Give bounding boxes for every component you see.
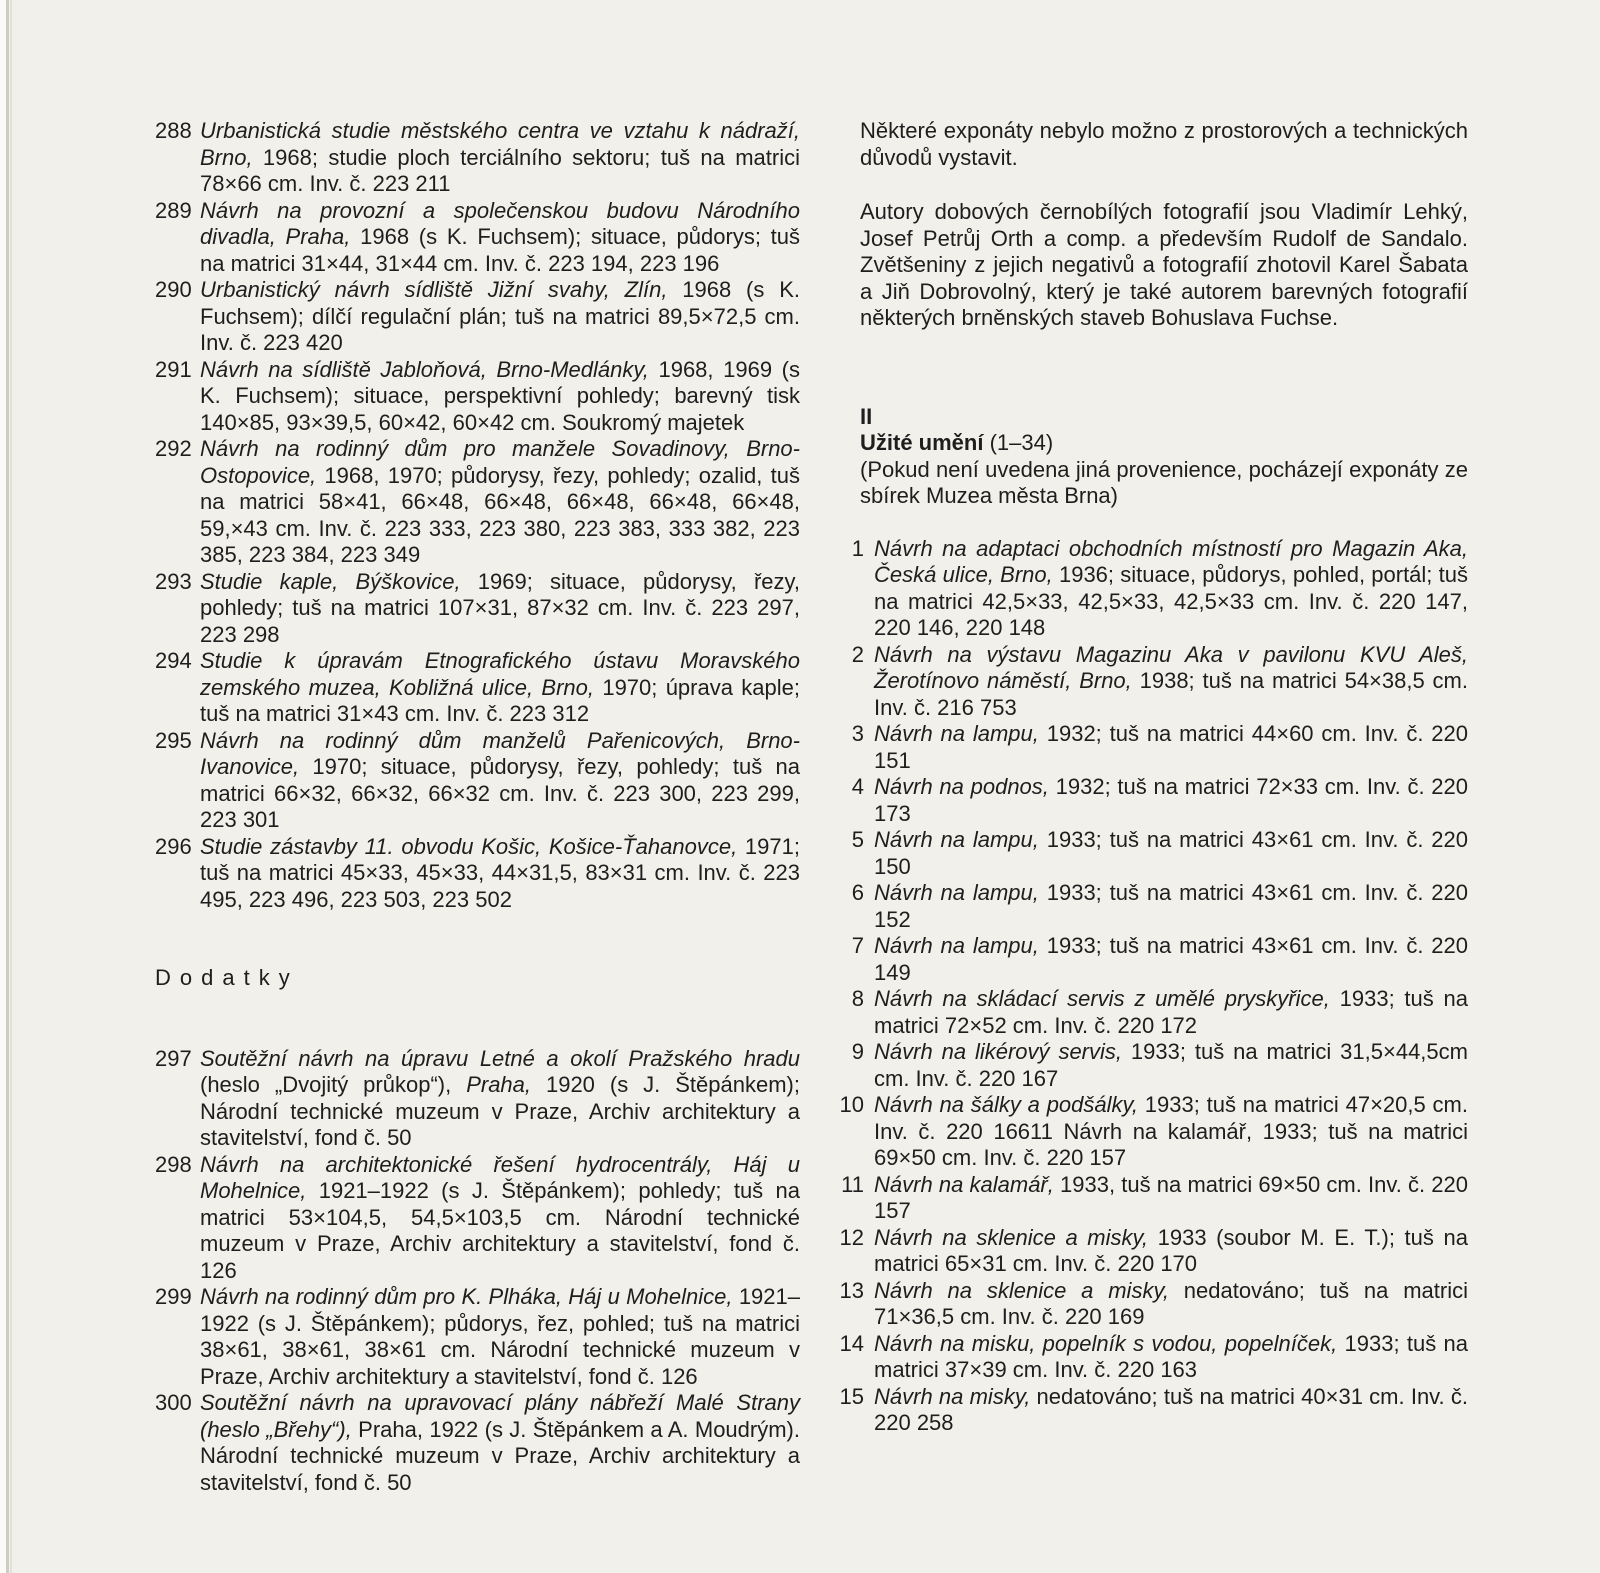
entry-296: 296Studie zástavby 11. obvodu Košic, Koš… <box>155 834 800 914</box>
entry-297: 297Soutěžní návrh na úpravu Letné a okol… <box>155 1046 800 1152</box>
entry-300: 300Soutěžní návrh na upravovací plány ná… <box>155 1390 800 1496</box>
item-number: 11 <box>830 1172 864 1199</box>
item-number: 13 <box>830 1278 864 1305</box>
entry-number: 298 <box>155 1152 193 1179</box>
entry-title: Studie zástavby 11. obvodu Košic, Košice… <box>200 834 737 859</box>
item-title: Návrh na lampu, <box>874 721 1039 746</box>
entry-place: Praha, <box>466 1072 531 1097</box>
entry-295: 295Návrh na rodinný dům manželů Pařenico… <box>155 728 800 834</box>
item-number: 1 <box>830 536 864 563</box>
item-number: 7 <box>830 933 864 960</box>
applied-art-items: 1Návrh na adaptaci obchodních místností … <box>830 536 1468 1437</box>
entry-294: 294Studie k úpravám Etnografického ústav… <box>155 648 800 728</box>
item-title: Návrh na kalamář, <box>874 1172 1054 1197</box>
item-title: Návrh na podnos, <box>874 774 1049 799</box>
item-title: Návrh na misku, popelník s vodou, popeln… <box>874 1331 1337 1356</box>
entry-details: 1968; studie ploch terciálního sektoru; … <box>200 145 800 197</box>
entry-293: 293Studie kaple, Býškovice, 1969; situac… <box>155 569 800 649</box>
entry-number: 296 <box>155 834 193 861</box>
item-6: 6Návrh na lampu, 1933; tuš na matrici 43… <box>830 880 1468 933</box>
item-15: 15Návrh na misky, nedatováno; tuš na mat… <box>830 1384 1468 1437</box>
entry-title: Návrh na sídliště Jabloňová, Brno-Medlán… <box>200 357 649 382</box>
item-13: 13Návrh na sklenice a misky, nedatováno;… <box>830 1278 1468 1331</box>
entry-number: 292 <box>155 436 193 463</box>
entry-title: Soutěžní návrh na úpravu Letné a okolí P… <box>200 1046 800 1071</box>
item-number: 5 <box>830 827 864 854</box>
entry-number: 295 <box>155 728 193 755</box>
item-number: 4 <box>830 774 864 801</box>
item-14: 14Návrh na misku, popelník s vodou, pope… <box>830 1331 1468 1384</box>
entry-number: 297 <box>155 1046 193 1073</box>
item-title: Návrh na skládací servis z umělé pryskyř… <box>874 986 1330 1011</box>
entry-number: 294 <box>155 648 193 675</box>
item-number: 3 <box>830 721 864 748</box>
item-4: 4Návrh na podnos, 1932; tuš na matrici 7… <box>830 774 1468 827</box>
item-5: 5Návrh na lampu, 1933; tuš na matrici 43… <box>830 827 1468 880</box>
entry-288: 288Urbanistická studie městského centra … <box>155 118 800 198</box>
entry-number: 300 <box>155 1390 193 1417</box>
section-range: (1–34) <box>983 430 1053 455</box>
section-numeral-text: II <box>860 404 872 429</box>
item-2: 2Návrh na výstavu Magazinu Aka v pavilon… <box>830 642 1468 722</box>
addenda-heading: Dodatky <box>155 965 800 992</box>
entry-number: 290 <box>155 277 193 304</box>
section-note: (Pokud není uvedena jiná provenience, po… <box>860 457 1468 510</box>
item-title: Návrh na likérový servis, <box>874 1039 1122 1064</box>
page-gutter-line <box>6 0 9 1573</box>
entry-291: 291Návrh na sídliště Jabloňová, Brno-Med… <box>155 357 800 437</box>
item-12: 12Návrh na sklenice a misky, 1933 (soubo… <box>830 1225 1468 1278</box>
item-number: 6 <box>830 880 864 907</box>
entry-title: Urbanistický návrh sídliště Jižní svahy,… <box>200 277 667 302</box>
item-number: 10 <box>830 1092 864 1119</box>
item-title: Návrh na lampu, <box>874 827 1039 852</box>
item-1: 1Návrh na adaptaci obchodních místností … <box>830 536 1468 642</box>
section-numeral: II <box>860 404 1468 431</box>
book-page: 288Urbanistická studie městského centra … <box>0 0 1600 1573</box>
entry-292: 292Návrh na rodinný dům pro manžele Sova… <box>155 436 800 569</box>
item-number: 9 <box>830 1039 864 1066</box>
page-gutter-line-soft <box>10 0 12 1573</box>
item-title: Návrh na lampu, <box>874 933 1039 958</box>
item-7: 7Návrh na lampu, 1933; tuš na matrici 43… <box>830 933 1468 986</box>
item-8: 8Návrh na skládací servis z umělé prysky… <box>830 986 1468 1039</box>
entry-289: 289Návrh na provozní a společenskou budo… <box>155 198 800 278</box>
item-number: 8 <box>830 986 864 1013</box>
entry-298: 298Návrh na architektonické řešení hydro… <box>155 1152 800 1285</box>
section-title: Užité umění <box>860 430 983 455</box>
item-title: Návrh na lampu, <box>874 880 1039 905</box>
item-number: 12 <box>830 1225 864 1252</box>
item-9: 9Návrh na likérový servis, 1933; tuš na … <box>830 1039 1468 1092</box>
item-number: 15 <box>830 1384 864 1411</box>
entry-number: 299 <box>155 1284 193 1311</box>
item-title: Návrh na šálky a podšálky, <box>874 1092 1138 1117</box>
entry-number: 288 <box>155 118 193 145</box>
item-10: 10Návrh na šálky a podšálky, 1933; tuš n… <box>830 1092 1468 1172</box>
item-title: Návrh na sklenice a misky, <box>874 1225 1148 1250</box>
entry-details: (heslo „Dvojitý průkop“), <box>200 1072 466 1097</box>
entry-number: 291 <box>155 357 193 384</box>
left-column: 288Urbanistická studie městského centra … <box>155 118 800 1496</box>
item-number: 2 <box>830 642 864 669</box>
entry-title: Studie kaple, Býškovice, <box>200 569 461 594</box>
intro-paragraph-2: Autory dobových černobílých fotografií j… <box>860 199 1468 332</box>
item-number: 14 <box>830 1331 864 1358</box>
item-3: 3Návrh na lampu, 1932; tuš na matrici 44… <box>830 721 1468 774</box>
entry-title: Návrh na rodinný dům pro K. Plháka, Háj … <box>200 1284 733 1309</box>
entry-299: 299Návrh na rodinný dům pro K. Plháka, H… <box>155 1284 800 1390</box>
section-title-line: Užité umění (1–34) <box>860 430 1468 457</box>
item-title: Návrh na misky, <box>874 1384 1030 1409</box>
entry-290: 290Urbanistický návrh sídliště Jižní sva… <box>155 277 800 357</box>
right-column: Některé exponáty nebylo možno z prostoro… <box>830 118 1468 1437</box>
entry-number: 289 <box>155 198 193 225</box>
item-11: 11Návrh na kalamář, 1933, tuš na matrici… <box>830 1172 1468 1225</box>
item-title: Návrh na sklenice a misky, <box>874 1278 1169 1303</box>
intro-paragraph-1: Některé exponáty nebylo možno z prostoro… <box>860 118 1468 171</box>
entry-number: 293 <box>155 569 193 596</box>
